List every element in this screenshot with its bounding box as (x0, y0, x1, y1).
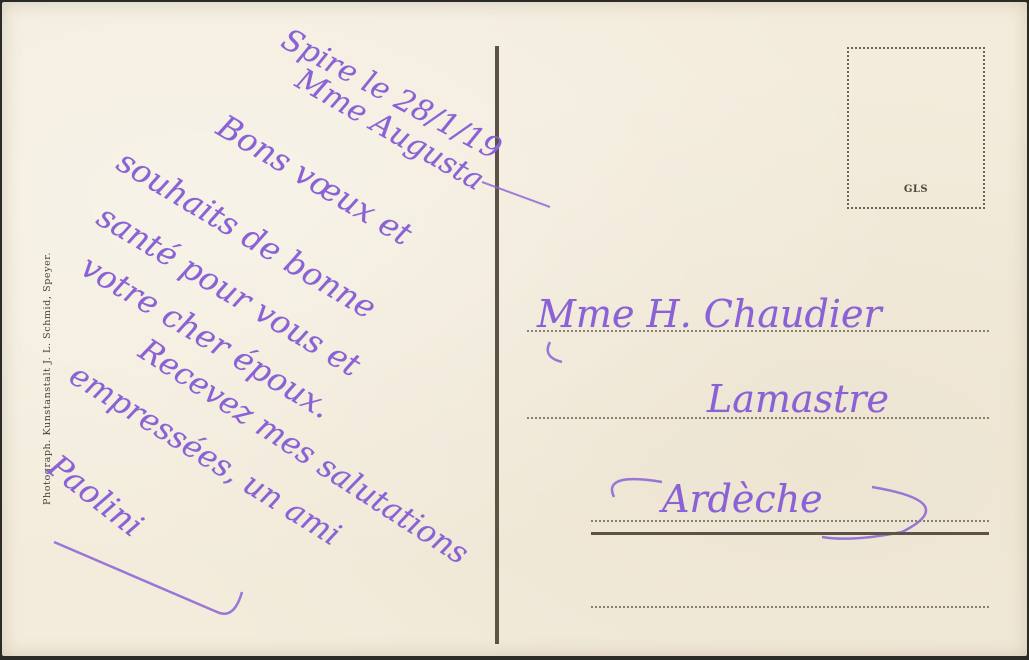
address-line-4 (591, 606, 989, 608)
address-line-3 (591, 520, 989, 522)
address-underline-bold (591, 532, 989, 535)
address-line-2 (527, 417, 989, 419)
address-city: Lamastre (707, 377, 889, 421)
postcard: Photograph. Kunstanstalt J. L. Schmid, S… (2, 2, 1027, 656)
address-line-1 (527, 330, 989, 332)
address-department: Ardèche (662, 477, 823, 521)
